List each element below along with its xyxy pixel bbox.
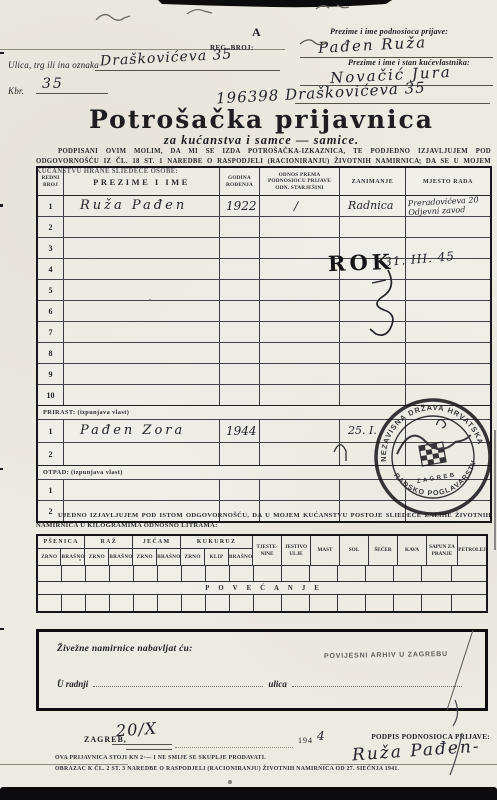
- name-handwriting: [64, 282, 80, 297]
- sub-jecam-brasno: BRAŠNO: [157, 549, 181, 566]
- pencil-scribble-3: [316, 5, 349, 9]
- occupation-handwriting: [340, 346, 348, 359]
- empty-cells-strip: [38, 566, 486, 581]
- name-handwriting: Ruža Pađen: [64, 198, 187, 213]
- cell-name: Ruža Pađen: [64, 196, 220, 216]
- workplace-handwriting: [406, 364, 490, 367]
- workplace-handwriting: [406, 280, 490, 283]
- col-tjestenine: TJESTE­NINE: [253, 535, 282, 566]
- workplace-handwriting: Preradovićeva 20 Odjevni zavod: [406, 196, 490, 216]
- ulica-label: ulica: [268, 679, 287, 689]
- col-kava: KAVA: [398, 535, 427, 566]
- applicant-handwriting: Pađen Ruža: [318, 33, 428, 57]
- workplace-handwriting: [406, 217, 490, 220]
- cell-workplace: [406, 301, 490, 321]
- cell-occupation: [340, 217, 406, 237]
- shop-dotted-line: [93, 676, 263, 687]
- form-title: Potrošačka prijavnica: [30, 105, 493, 134]
- household-row: 6: [38, 301, 490, 322]
- header-odnos: ODNOS PREMA PODNOSIOCU PRIJAVE ODN. STAR…: [260, 168, 340, 195]
- cell-workplace: [406, 364, 490, 384]
- group-raz: RAŽ: [85, 535, 133, 549]
- header-godina-rodjenja: GODINA ROĐENJA: [220, 168, 260, 195]
- year-handwriting: [220, 447, 226, 461]
- cell-year: [220, 322, 260, 342]
- workplace-handwriting: [406, 322, 490, 325]
- cell-occupation: [340, 364, 406, 384]
- year-handwriting: [220, 483, 226, 497]
- name-handwriting: [64, 345, 80, 360]
- row-number: 8: [38, 343, 64, 363]
- relation-handwriting: [260, 262, 294, 276]
- year-handwriting: [220, 241, 226, 255]
- cell-relation: [260, 364, 340, 384]
- pencil-scribble-1: [96, 15, 130, 21]
- year-printed: 194: [298, 736, 313, 745]
- sub-psenica-brasno: BRAŠNO: [61, 549, 85, 566]
- edge-tick-1: [0, 52, 4, 54]
- header-prezime-ime: PREZIME I IME: [64, 168, 220, 195]
- cell-year: [220, 217, 260, 237]
- cell-year: [220, 280, 260, 300]
- povecanje-row: POVEĆANJE: [37, 582, 487, 595]
- relation-handwriting: [260, 283, 294, 297]
- kbr-line: [36, 93, 108, 94]
- name-handwriting: [64, 261, 80, 276]
- year-handwriting: 1922: [220, 199, 257, 213]
- supplies-empty-row-1: [37, 566, 487, 582]
- row-number: 10: [38, 385, 64, 405]
- row-number: 1: [38, 420, 64, 442]
- cell-year: [220, 385, 260, 405]
- row-number: 2: [38, 443, 64, 465]
- row-number: 6: [38, 301, 64, 321]
- kbr-handwriting: 35: [42, 76, 64, 92]
- shop-label: U radnji: [57, 679, 88, 689]
- cell-occupation: [340, 280, 406, 300]
- occupation-handwriting: [340, 325, 348, 338]
- cell-year: [220, 259, 260, 279]
- col-jestivo-ulje: JESTIVO ULJE: [282, 535, 311, 566]
- cell-occupation: [340, 301, 406, 321]
- cell-year: 1922: [220, 196, 260, 216]
- name-handwriting: [64, 482, 80, 497]
- cell-name: [64, 322, 220, 342]
- household-table-header: REDNI BROJ PREZIME I IME GODINA ROĐENJA …: [38, 168, 490, 196]
- year-handwriting: [220, 325, 226, 339]
- col-secer: ŠEĆER: [369, 535, 398, 566]
- footer-note-2: OBRAZAC K ČL. 2 ST. 3 NAREDBE O RASPODJE…: [55, 766, 415, 772]
- cell-name: [64, 280, 220, 300]
- cell-name: Pađen Zora: [64, 420, 220, 442]
- supplies-empty-row-2: [37, 595, 487, 613]
- relation-handwriting: [260, 388, 294, 402]
- workplace-handwriting: [406, 238, 490, 241]
- footer-note-1: OVA PRIJAVNICA STOJI KN 2·— I NE SMIJE S…: [55, 755, 415, 761]
- cell-occupation: [340, 322, 406, 342]
- povecanje-label: POVEĆANJE: [37, 582, 487, 595]
- name-handwriting: [64, 324, 80, 339]
- cell-occupation: Radnica: [340, 196, 406, 216]
- occupation-handwriting: [340, 483, 348, 496]
- cell-relation: [260, 322, 340, 342]
- col-sapun: SAPUN ZA PRANJE: [427, 535, 458, 566]
- sub-raz-brasno: BRAŠNO: [109, 549, 133, 566]
- scan-bottom-edge: [0, 787, 497, 800]
- date-underline-2: [126, 749, 172, 750]
- cell-workplace: [406, 217, 490, 237]
- supplies-table: PŠENICA RAŽ JEČAM KUKURUZ TJESTE­NINE JE…: [36, 534, 488, 613]
- cell-name: [64, 364, 220, 384]
- cell-relation: [260, 480, 340, 500]
- stamp-coat-of-arms: [419, 442, 446, 466]
- cell-name: [64, 343, 220, 363]
- archive-stamp: POVIJESNI ARHIV U ZAGREBU: [324, 651, 448, 660]
- cell-name: [64, 259, 220, 279]
- household-row: 1 Ruža Pađen 1922 ∕ Radnica Preradovićev…: [38, 196, 490, 217]
- sub-raz-zrno: ZRNO: [85, 549, 109, 566]
- edge-tick-2: [0, 204, 3, 207]
- relation-handwriting: [260, 424, 294, 438]
- scan-top-smudge: [158, 0, 392, 7]
- year-handwriting: [220, 346, 226, 360]
- name-handwriting: [64, 219, 80, 234]
- edge-tick-4: [0, 628, 4, 630]
- cell-relation: [260, 343, 340, 363]
- workplace-handwriting: [406, 343, 490, 346]
- occupation-handwriting: [340, 447, 348, 460]
- signature-underline-left: [0, 764, 128, 765]
- cell-workplace: [406, 322, 490, 342]
- row-number: 9: [38, 364, 64, 384]
- ulica-dotted-line: [292, 676, 462, 687]
- household-row: 9: [38, 364, 490, 385]
- cell-year: [220, 443, 260, 465]
- date-handwriting: 20/X: [115, 719, 157, 741]
- row-number: 7: [38, 322, 64, 342]
- empty-cells-strip: [38, 595, 486, 611]
- col-petrolej: PETRO­LEJ: [458, 535, 488, 566]
- name-handwriting: [64, 303, 80, 318]
- occupation-handwriting: [340, 388, 348, 401]
- year-handwriting: [220, 388, 226, 402]
- year-handwriting: [220, 283, 226, 297]
- cell-relation: [260, 420, 340, 442]
- household-row: 7: [38, 322, 490, 343]
- date-underline-1: [112, 744, 172, 745]
- name-handwriting: [64, 366, 80, 381]
- cell-year: 1944: [220, 420, 260, 442]
- section-letter: A: [252, 25, 261, 40]
- cell-workplace: [406, 280, 490, 300]
- cell-relation: [260, 217, 340, 237]
- occupation-handwriting: [340, 304, 348, 317]
- relation-handwriting: [260, 220, 294, 234]
- date-dotted-line: [175, 747, 293, 748]
- year-handwriting: 1944: [220, 424, 257, 438]
- group-jecam: JEČAM: [133, 535, 181, 549]
- row-number: 3: [38, 238, 64, 258]
- street-label: Ulica, trg ili ina oznaka: [8, 60, 99, 70]
- purchase-box: Živežne namirnice nabavljat ću: POVIJESN…: [36, 629, 488, 711]
- name-handwriting: [64, 240, 80, 255]
- pencil-scribble-2: [187, 10, 212, 14]
- relation-handwriting: [260, 346, 294, 360]
- cell-occupation: [340, 343, 406, 363]
- cell-name: [64, 385, 220, 405]
- relation-handwriting: [260, 325, 294, 339]
- occupation-handwriting: Radnica: [340, 199, 393, 212]
- cell-name: [64, 217, 220, 237]
- occupation-handwriting: [340, 283, 348, 296]
- row-number: 1: [38, 196, 64, 216]
- occupation-handwriting: [340, 220, 348, 233]
- cell-name: [64, 443, 220, 465]
- cell-name: [64, 238, 220, 258]
- header-mjesto-rada: MJESTO RADA: [406, 168, 490, 195]
- header-zanimanje: ZANIMANJE: [340, 168, 406, 195]
- year-handwriting: [220, 220, 226, 234]
- supplies-group-row: PŠENICA RAŽ JEČAM KUKURUZ TJESTE­NINE JE…: [37, 535, 487, 549]
- cell-name: [64, 301, 220, 321]
- relation-handwriting: [260, 367, 294, 381]
- sub-kukuruz-brasno: BRAŠNO: [229, 549, 253, 566]
- household-row: 2: [38, 217, 490, 238]
- household-row: 5: [38, 280, 490, 301]
- cell-year: [220, 301, 260, 321]
- relation-handwriting: [260, 483, 294, 497]
- purchase-line2: U radnji ulica: [57, 676, 467, 689]
- household-table-body: 1 Ruža Pađen 1922 ∕ Radnica Preradovićev…: [38, 196, 490, 405]
- group-kukuruz: KUKURUZ: [181, 535, 253, 549]
- cell-name: [64, 480, 220, 500]
- official-round-stamp: NEZAVISNA DRŽAVA HRVATSKA GRADSKO POGLAV…: [362, 386, 497, 527]
- cell-relation: [260, 443, 340, 465]
- name-handwriting: [64, 387, 80, 402]
- edge-tick-3: [0, 468, 3, 470]
- speck-1: [228, 780, 232, 784]
- purchase-line1: Živežne namirnice nabavljat ću:: [57, 644, 193, 654]
- col-sol: SOL: [340, 535, 369, 566]
- relation-handwriting: [260, 447, 294, 461]
- kbr-label: Kbr.: [8, 86, 24, 96]
- sub-kukuruz-zrno: ZRNO: [181, 549, 205, 566]
- stamp-signature-flourish: [436, 419, 446, 429]
- form-subtitle: za kućanstva i samce — samice.: [30, 133, 493, 148]
- row-number: 2: [38, 217, 64, 237]
- cell-workplace: Preradovićeva 20 Odjevni zavod: [406, 196, 490, 216]
- cell-relation: [260, 301, 340, 321]
- col-mast: MAST: [311, 535, 340, 566]
- row-number: 5: [38, 280, 64, 300]
- relation-handwriting: ∕: [260, 199, 298, 213]
- stamp-signature-squiggle: [394, 426, 472, 457]
- cell-year: [220, 480, 260, 500]
- household-row: 8: [38, 343, 490, 364]
- occupation-handwriting: [340, 367, 348, 380]
- cell-workplace: [406, 343, 490, 363]
- year-handwriting: 4: [317, 729, 325, 743]
- signature-underline: [320, 764, 497, 765]
- workplace-handwriting: [406, 301, 490, 304]
- row-number: 1: [38, 480, 64, 500]
- scanned-form-page: A REG. BROJ: Prezime i ime podnosioca pr…: [0, 0, 497, 800]
- cell-year: [220, 238, 260, 258]
- year-handwriting: [220, 367, 226, 381]
- sub-kukuruz-klip: KLIP: [205, 549, 229, 566]
- relation-handwriting: [260, 304, 294, 318]
- cell-relation: [260, 385, 340, 405]
- header-redni-broj: REDNI BROJ: [38, 168, 64, 195]
- row-number: 4: [38, 259, 64, 279]
- sub-jecam-zrno: ZRNO: [133, 549, 157, 566]
- name-handwriting: Pađen Zora: [64, 423, 185, 438]
- group-psenica: PŠENICA: [37, 535, 85, 549]
- year-handwriting: [220, 262, 226, 276]
- reg-number-line: [295, 103, 490, 104]
- name-handwriting: [64, 446, 80, 461]
- sub-psenica-zrno: ZRNO: [37, 549, 61, 566]
- cell-relation: [260, 280, 340, 300]
- relation-handwriting: [260, 241, 294, 255]
- cell-relation: ∕: [260, 196, 340, 216]
- street-line: [95, 70, 280, 71]
- year-handwriting: [220, 304, 226, 318]
- cell-year: [220, 343, 260, 363]
- cell-year: [220, 364, 260, 384]
